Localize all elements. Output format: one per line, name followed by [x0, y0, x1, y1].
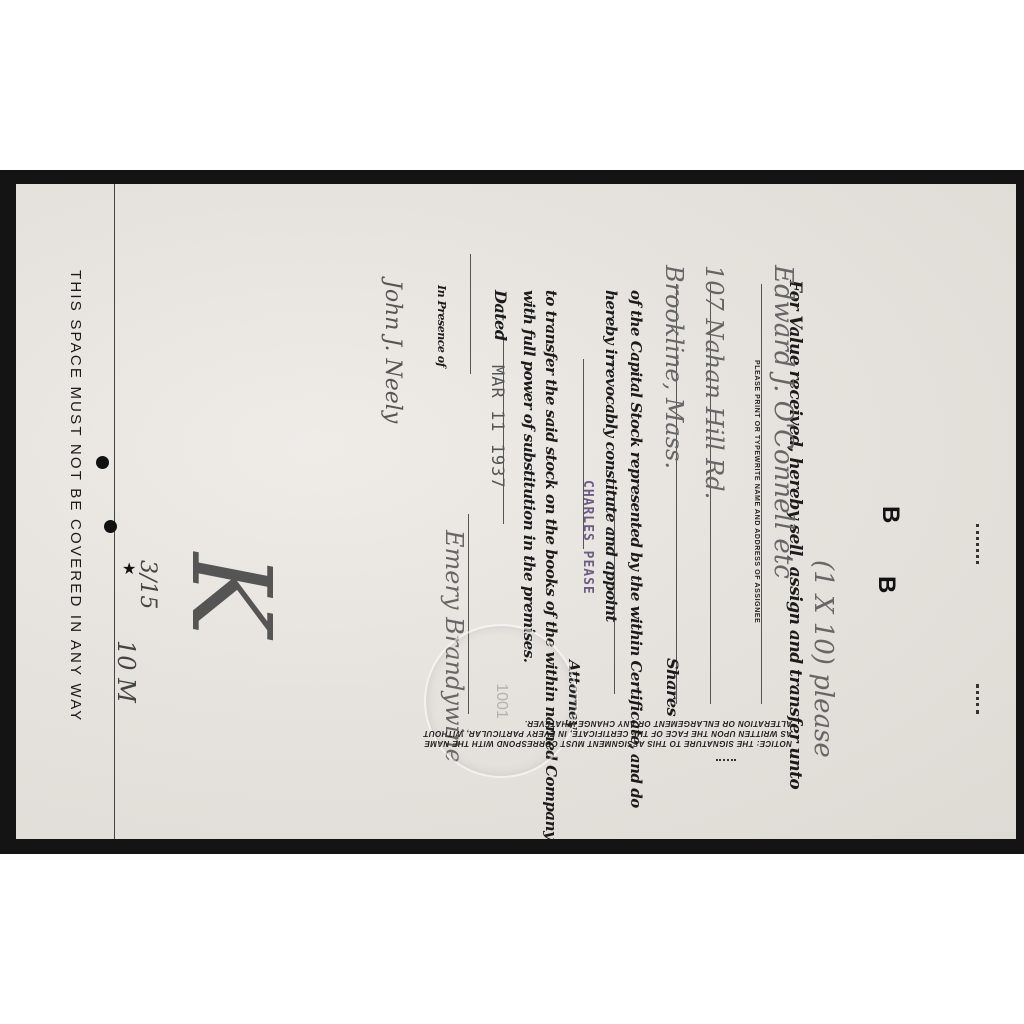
presence-label: In Presence of	[435, 285, 448, 367]
notice-block: NOTICE: THE SIGNATURE TO THIS ASSIGNMENT…	[392, 718, 792, 748]
seal-text: 1001	[492, 683, 510, 719]
assignee-line-1	[761, 284, 762, 704]
margin-note-amount: 10 M	[112, 640, 140, 703]
margin-notice: THIS SPACE MUST NOT BE COVERED IN ANY WA…	[67, 270, 84, 723]
large-pencil-mark: K	[167, 553, 295, 635]
b-mark: B	[876, 506, 904, 523]
assignee-caption: PLEASE PRINT OR TYPEWRITE NAME AND ADDRE…	[753, 360, 760, 623]
form-line-appoint: hereby irrevocably constitute and appoin…	[602, 290, 620, 622]
b-mark: B	[872, 576, 900, 593]
edge-specks	[716, 759, 736, 763]
edge-specks	[976, 684, 982, 714]
margin-rule	[114, 184, 115, 839]
punch-hole	[104, 520, 117, 533]
margin-note-date: 3/15	[135, 560, 160, 609]
share-count-note: (1 X 10) please	[808, 560, 838, 758]
form-line-substitution: with full power of substitution in the p…	[520, 290, 538, 663]
notice-line-3: ALTERATION OR ENLARGEMENT OR ANY CHANGE …	[392, 718, 792, 728]
witness-signature: John J. Neely	[380, 280, 405, 423]
date-stamp: MAR 11 1937	[487, 365, 507, 489]
shares-label: Shares	[663, 658, 682, 716]
name-stamp: CHARLES PEASE	[580, 480, 595, 595]
embossed-seal: 1001	[424, 624, 578, 778]
notice-line-2: AS WRITTEN UPON THE FACE OF THE CERTIFIC…	[392, 728, 792, 738]
assignee-address-1: 107 Nahan Hill Rd.	[700, 265, 728, 499]
notice-line-1: NOTICE: THE SIGNATURE TO THIS ASSIGNMENT…	[392, 738, 792, 748]
dated-label: Dated	[491, 290, 510, 341]
punch-hole	[96, 456, 109, 469]
assignee-name: Edward J. O'Connell etc	[768, 265, 798, 579]
assignee-address-2: Brookline, Mass.	[660, 265, 688, 469]
witness-line	[470, 254, 471, 374]
edge-specks	[976, 524, 982, 564]
